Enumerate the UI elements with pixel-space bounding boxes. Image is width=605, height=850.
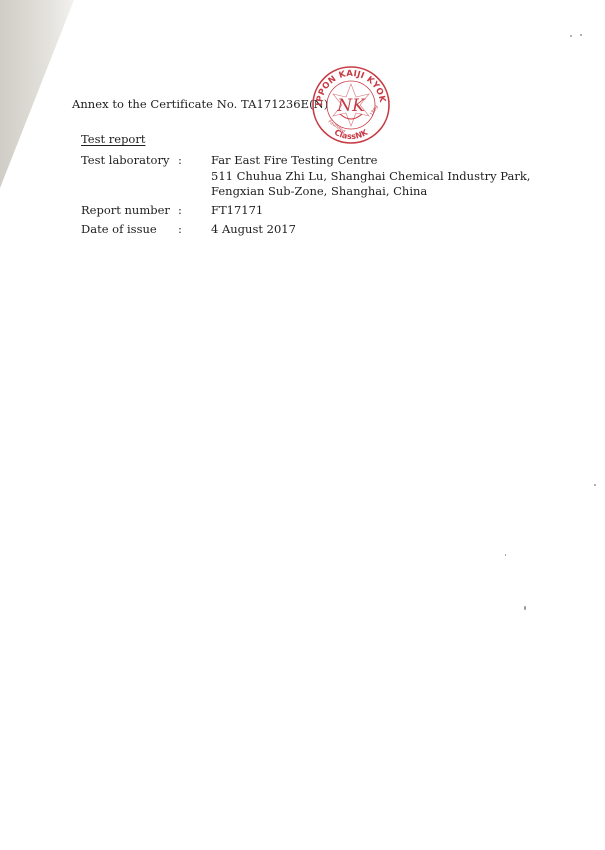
field-separator: : — [178, 203, 182, 219]
scan-speck — [580, 34, 582, 36]
scan-speck — [570, 35, 572, 37]
field-value: FT17171 — [211, 203, 263, 219]
classnk-stamp: NIPPON KAIJI KYOKAI ClassNK Founded 1899… — [310, 64, 392, 146]
field-value: Far East Fire Testing Centre 511 Chuhua … — [211, 153, 530, 200]
field-label: Report number — [81, 203, 176, 219]
annex-title: Annex to the Certificate No. TA171236E(N… — [72, 97, 328, 111]
scan-speck — [524, 606, 526, 610]
svg-text:NK: NK — [336, 96, 366, 116]
svg-text:1899: 1899 — [369, 104, 381, 117]
field-label: Date of issue — [81, 222, 176, 238]
field-separator: : — [178, 222, 182, 238]
field-value: 4 August 2017 — [211, 222, 296, 238]
field-label: Test laboratory — [81, 153, 176, 169]
scan-speck — [505, 554, 506, 556]
scan-speck — [594, 484, 596, 486]
scan-shadow-edge — [0, 0, 75, 200]
section-title-test-report: Test report — [81, 132, 145, 146]
field-separator: : — [178, 153, 182, 169]
